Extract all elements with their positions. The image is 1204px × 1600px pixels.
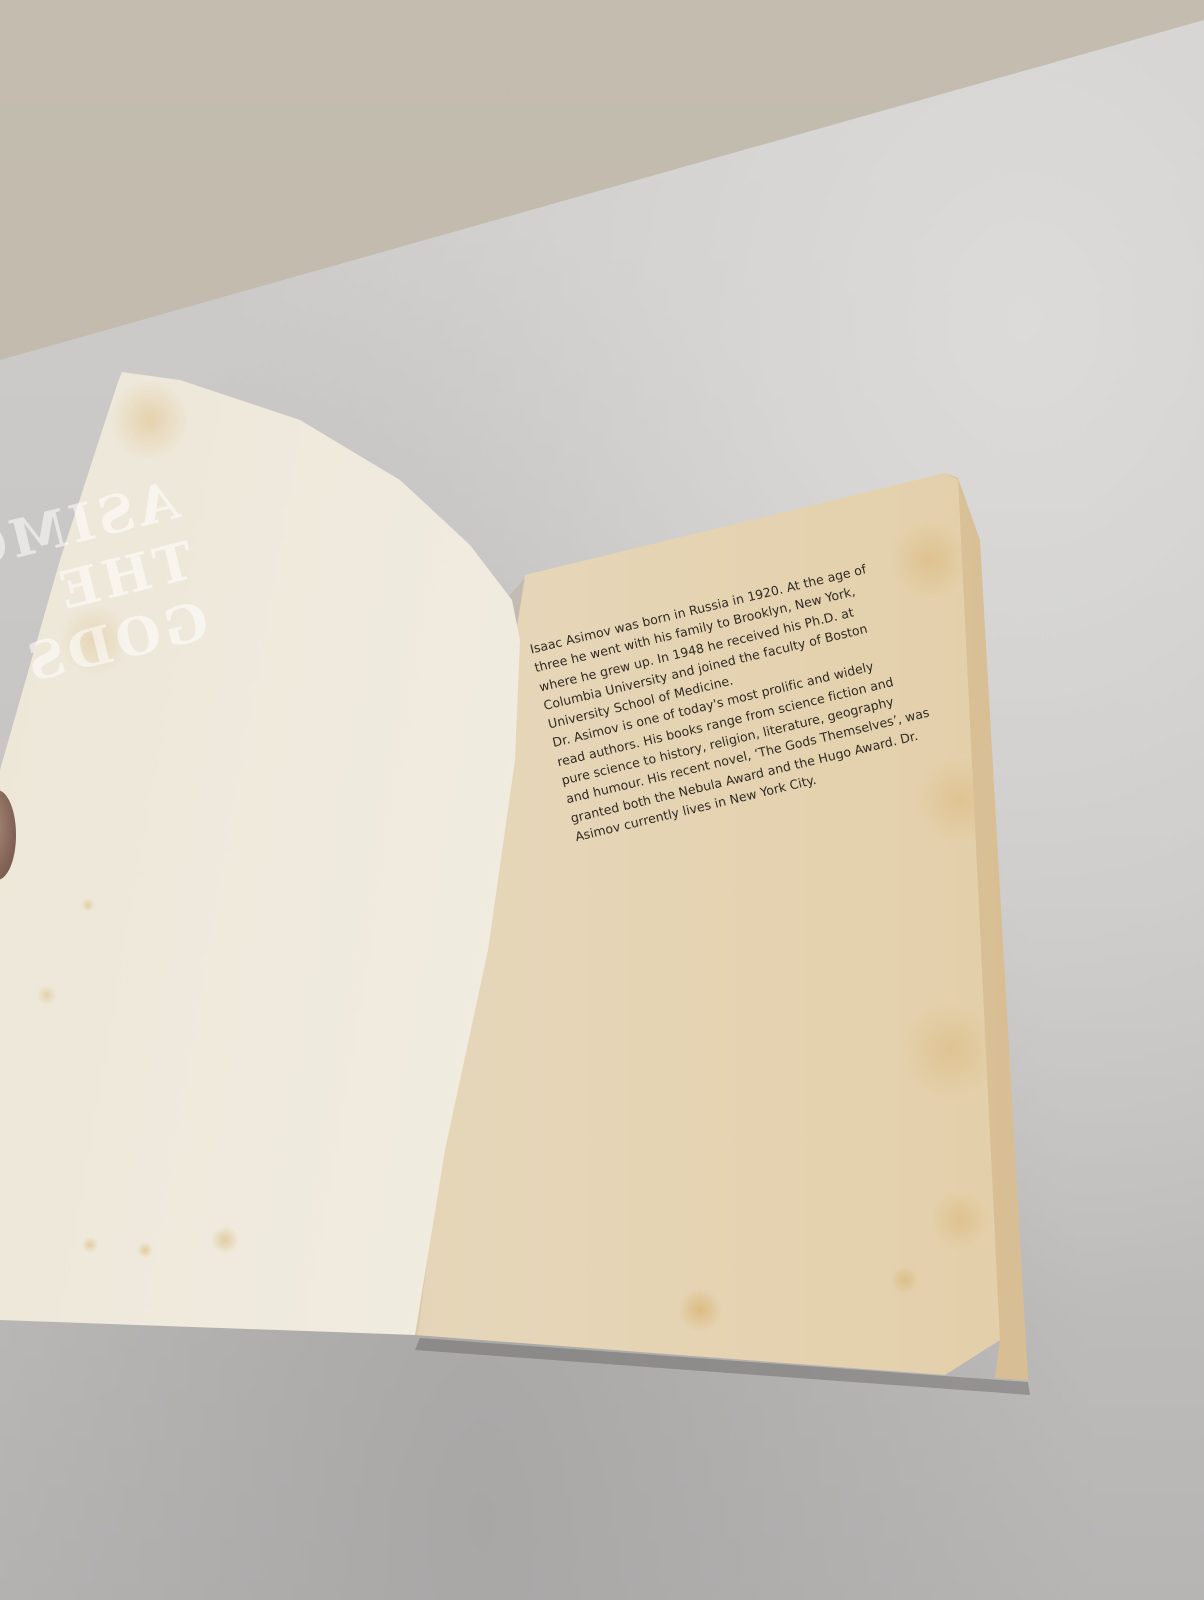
photo-scene: Isaac Asimov was born in Russia in 1920.… <box>0 0 1204 1600</box>
